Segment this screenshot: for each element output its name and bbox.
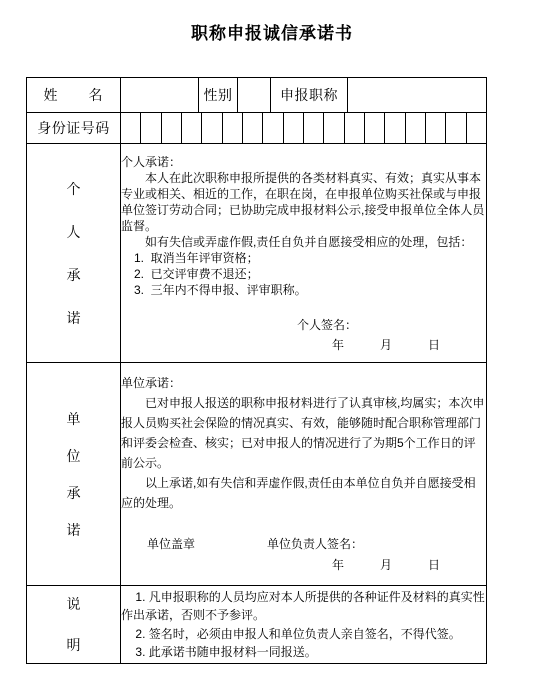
name-label-cell: 姓 名 [27, 78, 121, 113]
unit-commitment-para2: 以上承诺,如有失信和弄虚作假,责任由本单位自负并自愿接受相应的处理。 [121, 473, 486, 513]
id-number-cells [121, 113, 487, 144]
personal-penalty-list: 1. 取消当年评审资格； 2. 已交评审费不退还； 3. 三年内不得申报、评审职… [121, 250, 486, 298]
id-digit-cell[interactable] [262, 113, 282, 143]
personal-commitment-heading: 个人承诺： [121, 154, 486, 170]
id-number-label-cell: 身份证号码 [27, 113, 121, 144]
personal-date-line[interactable]: 年 月 日 [121, 337, 486, 353]
id-digit-grid [121, 113, 486, 143]
id-digit-cell[interactable] [242, 113, 262, 143]
notes-vertical-label: 说 明 [67, 594, 81, 655]
id-digit-cell[interactable] [445, 113, 465, 143]
vertical-label-char: 诺 [67, 520, 81, 540]
vertical-label-char: 位 [67, 446, 81, 466]
document-page: 职称申报诚信承诺书 姓 名 性别 申报职称 身份证号码 [0, 0, 544, 695]
apply-title-label-cell: 申报职称 [271, 78, 348, 113]
unit-commitment-para1: 已对申报人报送的职称申报材料进行了认真审核,均属实；本次申报人员购买社会保险的情… [121, 393, 486, 473]
personal-commitment-row: 个 人 承 诺 个人承诺： 本人在此次职称申报所提供的各类材料真实、有效；真实从… [27, 144, 487, 363]
personal-commitment-content: 个人承诺： 本人在此次职称申报所提供的各类材料真实、有效；真实从事本专业或相关、… [121, 144, 487, 363]
personal-commitment-label-cell: 个 人 承 诺 [27, 144, 121, 363]
id-digit-cell[interactable] [384, 113, 404, 143]
personal-penalty-item-2: 2. 已交评审费不退还； [121, 266, 486, 282]
unit-head-signature-label[interactable]: 单位负责人签名： [267, 534, 363, 554]
unit-commitment-vertical-label: 单 位 承 诺 [67, 409, 81, 540]
id-digit-cell[interactable] [466, 113, 486, 143]
id-digit-cell[interactable] [201, 113, 221, 143]
vertical-label-char: 明 [67, 635, 81, 655]
notes-row: 说 明 1. 凡申报职称的人员均应对本人所提供的各种证件及材料的真实性作出承诺，… [27, 586, 487, 664]
name-value-cell[interactable] [121, 78, 199, 113]
unit-commitment-row: 单 位 承 诺 单位承诺： 已对申报人报送的职称申报材料进行了认真审核,均属实；… [27, 363, 487, 586]
vertical-label-char: 说 [67, 594, 81, 614]
id-digit-cell[interactable] [181, 113, 201, 143]
personal-penalty-item-1: 1. 取消当年评审资格； [121, 250, 486, 266]
id-digit-cell[interactable] [405, 113, 425, 143]
id-digit-cell[interactable] [425, 113, 445, 143]
vertical-label-char: 人 [67, 222, 81, 242]
header-row: 姓 名 性别 申报职称 [27, 78, 487, 113]
id-digit-cell[interactable] [161, 113, 181, 143]
unit-commitment-label-cell: 单 位 承 诺 [27, 363, 121, 586]
vertical-label-char: 诺 [67, 308, 81, 328]
personal-signature-label[interactable]: 个人签名： [121, 317, 486, 333]
unit-seal-label[interactable]: 单位盖章 [147, 534, 195, 554]
unit-date-line[interactable]: 年 月 日 [121, 555, 486, 575]
personal-penalty-item-3: 3. 三年内不得申报、评审职称。 [121, 282, 486, 298]
commitment-form-table: 姓 名 性别 申报职称 身份证号码 [26, 77, 487, 664]
id-digit-cell[interactable] [303, 113, 323, 143]
unit-commitment-content: 单位承诺： 已对申报人报送的职称申报材料进行了认真审核,均属实；本次申报人员购买… [121, 363, 487, 586]
id-digit-cell[interactable] [140, 113, 160, 143]
note-item-1: 1. 凡申报职称的人员均应对本人所提供的各种证件及材料的真实性作出承诺，否则不予… [121, 588, 486, 625]
vertical-label-char: 个 [67, 179, 81, 199]
note-item-2: 2. 签名时，必须由申报人和单位负责人亲自签名，不得代签。 [121, 625, 486, 644]
unit-seal-sign-line: 单位盖章 单位负责人签名： [121, 534, 486, 554]
notes-content: 1. 凡申报职称的人员均应对本人所提供的各种证件及材料的真实性作出承诺，否则不予… [121, 586, 487, 664]
document-title: 职称申报诚信承诺书 [0, 0, 544, 44]
id-digit-cell[interactable] [364, 113, 384, 143]
id-digit-cell[interactable] [344, 113, 364, 143]
gender-label-cell: 性别 [199, 78, 238, 113]
id-digit-cell[interactable] [323, 113, 343, 143]
personal-commitment-vertical-label: 个 人 承 诺 [67, 179, 81, 328]
gender-value-cell[interactable] [238, 78, 271, 113]
vertical-label-char: 承 [67, 483, 81, 503]
id-number-row: 身份证号码 [27, 113, 487, 144]
notes-label-cell: 说 明 [27, 586, 121, 664]
personal-commitment-para2: 如有失信或弄虚作假,责任自负并自愿接受相应的处理，包括： [121, 234, 486, 250]
note-item-3: 3. 此承诺书随申报材料一同报送。 [121, 643, 486, 662]
vertical-label-char: 单 [67, 409, 81, 429]
apply-title-value-cell[interactable] [348, 78, 487, 113]
personal-commitment-para1: 本人在此次职称申报所提供的各类材料真实、有效；真实从事本专业或相关、相近的工作，… [121, 170, 486, 234]
id-digit-cell[interactable] [283, 113, 303, 143]
unit-commitment-heading: 单位承诺： [121, 373, 486, 393]
id-digit-cell[interactable] [222, 113, 242, 143]
vertical-label-char: 承 [67, 265, 81, 285]
id-digit-cell[interactable] [121, 113, 140, 143]
